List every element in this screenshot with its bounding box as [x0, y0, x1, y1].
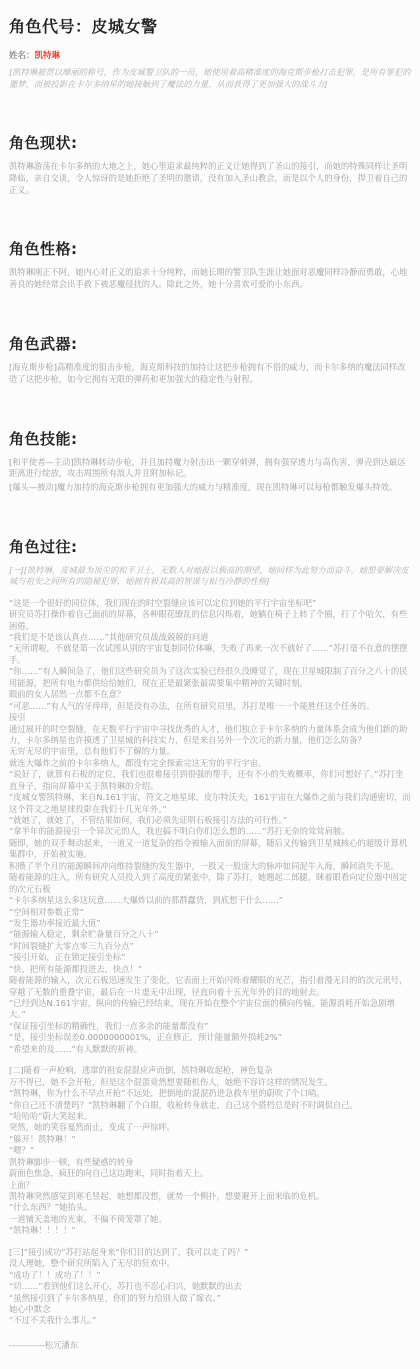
story-line: “保证接引坐标的精确性，我们一点多余的能量都没有” — [9, 1021, 411, 1032]
story-line: “是，接引坐标误差0.0000000001%，正在修正，预计能量额外损耗2%” — [9, 1032, 411, 1043]
story-line: 就连大爆炸之前的卡尔多纳人，都没有完全探索完这无穷的平行宇宙。 — [9, 758, 411, 769]
story-line: 突然，她的笑容戛然而止，变成了一声惊呼。 — [9, 1122, 411, 1133]
section-heading: 角色现状: — [9, 132, 411, 153]
section-heading: 角色武器: — [9, 333, 411, 354]
story-line: “快，把所有能源都投进去，快点！” — [9, 964, 411, 975]
story-line: “接引开始，正在锁定接引坐标” — [9, 952, 411, 963]
section-skills: 角色技能:[和平使者—主动]凯特琳转动步枪，并且加持魔力射击出一颗穿刺弹，拥有强… — [9, 428, 411, 494]
story-line: 随即，她的双手舞动起来，一道又一道复杂的指令被输入面前的屏幕，随后又传输到卫星城… — [9, 838, 411, 861]
sections-container: 角色现状:凯特琳游荡在卡尔多纳的大地之上，她心里追求最纯粹的正义让她得到了圣山的… — [9, 132, 411, 1327]
story-line: 随着能源的输入，次元石板迅速发生了变化，它表面上开始闪烁着耀眼的光芒，指引着漫无… — [9, 975, 411, 998]
story-line: “躲开！凯特琳！” — [9, 1134, 411, 1145]
story-line: “这是一个很好的同位体，我们现在的时空裂缝应该可以定位到她的平行宇宙坐标吧” — [9, 598, 411, 609]
story-line: “嗯？” — [9, 1145, 411, 1156]
story-gap — [9, 1237, 411, 1247]
name-line: 姓名：凯特琳 — [9, 49, 411, 61]
story-line: 随着能源的注入，所有研究人员投入到了高度的紧张中，除了苏打，她翘起二郎腿，眯着眼… — [9, 872, 411, 895]
character-intro: [凯特琳被贯以靡丽的称号，作为皮城警卫队的一员，她使用着高精准度的海克斯步枪打击… — [9, 66, 411, 90]
story-line: “虽然接引到了卡尔多纳星，你们的努力给别人做了嫁衣。” — [9, 1293, 411, 1304]
story-line: “说好了，就算有石板的定位，我们也很难接引到很强的帮手，还有不小的失败概率，你们… — [9, 769, 411, 792]
section-status: 角色现状:凯特琳游荡在卡尔多纳的大地之上，她心里追求最纯粹的正义让她得到了圣山的… — [9, 132, 411, 196]
story-line: “成功了！！成功了！！” — [9, 1270, 411, 1281]
story-line: “哈哈哈”蔚大笑起来。 — [9, 1111, 411, 1122]
story-line: “发生器功率接近最大值” — [9, 918, 411, 929]
name-value: 凯特琳 — [35, 51, 61, 61]
story-line: “凯特琳！！！！” — [9, 1225, 411, 1236]
story-line: “可恶……”有人气的牙痒痒，但是没有办法，在所有研究员里，苏打是唯一一个能胜任这… — [9, 701, 411, 712]
story-line: 上面？ — [9, 1180, 411, 1191]
section-paragraph: 凯特琳刚正不阿，她内心对正义的追求十分纯粹，而她长期的警卫队生涯让她面对恶魔同样… — [9, 267, 411, 291]
story-line: 万不得已，她不会开枪，但是这个混蛋竟然想要随机伤人，她绝不容许这样的情况发生。 — [9, 1077, 411, 1088]
section-heading: 角色性格: — [9, 238, 411, 259]
section-heading: 角色技能: — [9, 428, 411, 449]
story-line: “就她了，就她了，不管结果如何，我们必须先证明石板接引方法的可行性。” — [9, 815, 411, 826]
character-profile-page: 角色代号：皮城女警 姓名：凯特琳 [凯特琳被贯以靡丽的称号，作为皮城警卫队的一员… — [0, 0, 420, 1369]
story-line: “什么东西？”她抬头。 — [9, 1202, 411, 1213]
story-line: “无所谓啦，不就是第一次试图从别的宇宙复制同位体嘛，失败了再来一次不就好了……”… — [9, 643, 411, 666]
story-line: “希望来的及……”有人默默的祈祷。 — [9, 1044, 411, 1055]
story-line: 通过展开的时空裂缝，在无数平行宇宙中寻找优秀的人才，他们独立于卡尔多纳的力量体系… — [9, 724, 411, 747]
story-line: “空间相对参数正常” — [9, 907, 411, 918]
story-line: “你自己还不清楚吗？”凯特琳翻了个白眼，收枪转身就走，自己这个搭档总是时不时调侃… — [9, 1100, 411, 1111]
story-line: [三]“接引成功”苏打站起身来“你们目的达到了，我可以走了吗？” — [9, 1247, 411, 1258]
section-paragraph: [和平使者—主动]凯特琳转动步枪，并且加持魔力射击出一颗穿刺弹，拥有强穿透力与高… — [9, 457, 411, 481]
page-title: 角色代号：皮城女警 — [9, 14, 411, 37]
story-line: 无穷无尽的宇宙里，总有他们不了解的力量。 — [9, 746, 411, 757]
author-signature: ------------松冗潘东 — [9, 1339, 411, 1351]
story-line: 凯特琳脚步一顿，有些疑惑的转身 — [9, 1157, 411, 1168]
story-line: [一][凯特琳，皮城最为顶尖的和平卫士，无数人对她报以极高的期望，她同样为此努力… — [9, 565, 411, 588]
story-line: “切……”看到他们这么开心，苏打也不忍心扫兴，她默默的出去 — [9, 1281, 411, 1292]
story-line: “卡尔多纳星这么多这玩意……大爆炸以前的那群蠢货，到底想干什么……” — [9, 895, 411, 906]
story-line: 她心中默念 — [9, 1304, 411, 1315]
story-line: 没人理她，整个研究所陷入了无尽的狂欢中。 — [9, 1258, 411, 1269]
story-line: 一道铺天盖地的光束，不偏不倚笼罩了她。 — [9, 1214, 411, 1225]
story-line: 积攒了半个月的能源瞬间冲向维持裂缝的发生器中，一股又一股庞大的脉冲如同泥牛入海，… — [9, 861, 411, 872]
story-line: “已经到达N.161宇宙，纵向的传输已经结束，现在开始在整个宇宙位面的横向传输，… — [9, 998, 411, 1021]
story-gap — [9, 588, 411, 598]
story-line: “凯特琳，你为什么不早点开枪”不远处，把倒地的混混扔进急救车里的蔚吹了个口哨。 — [9, 1088, 411, 1099]
story-line: 凯特琳突然感觉到寒毛竖起，她想都没想，就势一个侧扑，想要避开上面来临的危机。 — [9, 1191, 411, 1202]
section-personality: 角色性格:凯特琳刚正不阿，她内心对正义的追求十分纯粹，而她长期的警卫队生涯让她面… — [9, 238, 411, 291]
story-line: “拿半年的能源接引一个异次元的人，我也搞不明白你们怎么想的……”苏打无奈的耸耸肩… — [9, 826, 411, 837]
story-line: “我们是不是该认真点……”其他研究员战战兢兢的问道 — [9, 632, 411, 643]
section-paragraph: 凯特琳游荡在卡尔多纳的大地之上，她心里追求最纯粹的正义让她得到了圣山的接引，而她… — [9, 161, 411, 196]
section-paragraph: [海克斯步枪]高精准度的狙击步枪，海克斯科技的加持让这把步枪拥有不俗的威力，而卡… — [9, 362, 411, 386]
story-line: 接引 — [9, 712, 411, 723]
story-line: “不过不关我什么事儿。” — [9, 1315, 411, 1326]
section-heading: 角色过往: — [9, 536, 411, 557]
story-line: 研究员苏打操作着自己面前的屏幕，各种眼花缭乱的信息闪烁着，她躺在椅子上转了个圈，… — [9, 609, 411, 632]
story-line: “你……”有人瞬间急了，他们这些研究员为了这次实验已经很久没睡觉了，现在卫星城限… — [9, 666, 411, 689]
story-line: [二]随着一声枪响，逃窜的祖安混混应声而倒，凯特琳收起枪，神色复杂 — [9, 1065, 411, 1076]
story-line: “皮城女警凯特琳，来自N.161宇宙，符文之地星球，皮尔特沃夫，161宇宙在大爆… — [9, 792, 411, 815]
name-label: 姓名： — [9, 51, 35, 61]
story-line: “能源输入稳定，剩余贮备量百分之八十” — [9, 929, 411, 940]
story-line: 蔚面色焦急，疯狂的向自己这边跑来，同时指着天上。 — [9, 1168, 411, 1179]
story-gap — [9, 1055, 411, 1065]
section-past: 角色过往:[一][凯特琳，皮城最为顶尖的和平卫士，无数人对她报以极高的期望，她同… — [9, 536, 411, 1327]
section-paragraph: [爆头—被动]魔力加持的海克斯步枪拥有更加强大的威力与精准度，现在凯特琳可以每枪… — [9, 482, 411, 494]
story-line: 眼前的女人居然一点都不在意？ — [9, 689, 411, 700]
story-line: “时间裂缝扩大零点零三九百分点” — [9, 941, 411, 952]
section-weapon: 角色武器:[海克斯步枪]高精准度的狙击步枪，海克斯科技的加持让这把步枪拥有不俗的… — [9, 333, 411, 386]
